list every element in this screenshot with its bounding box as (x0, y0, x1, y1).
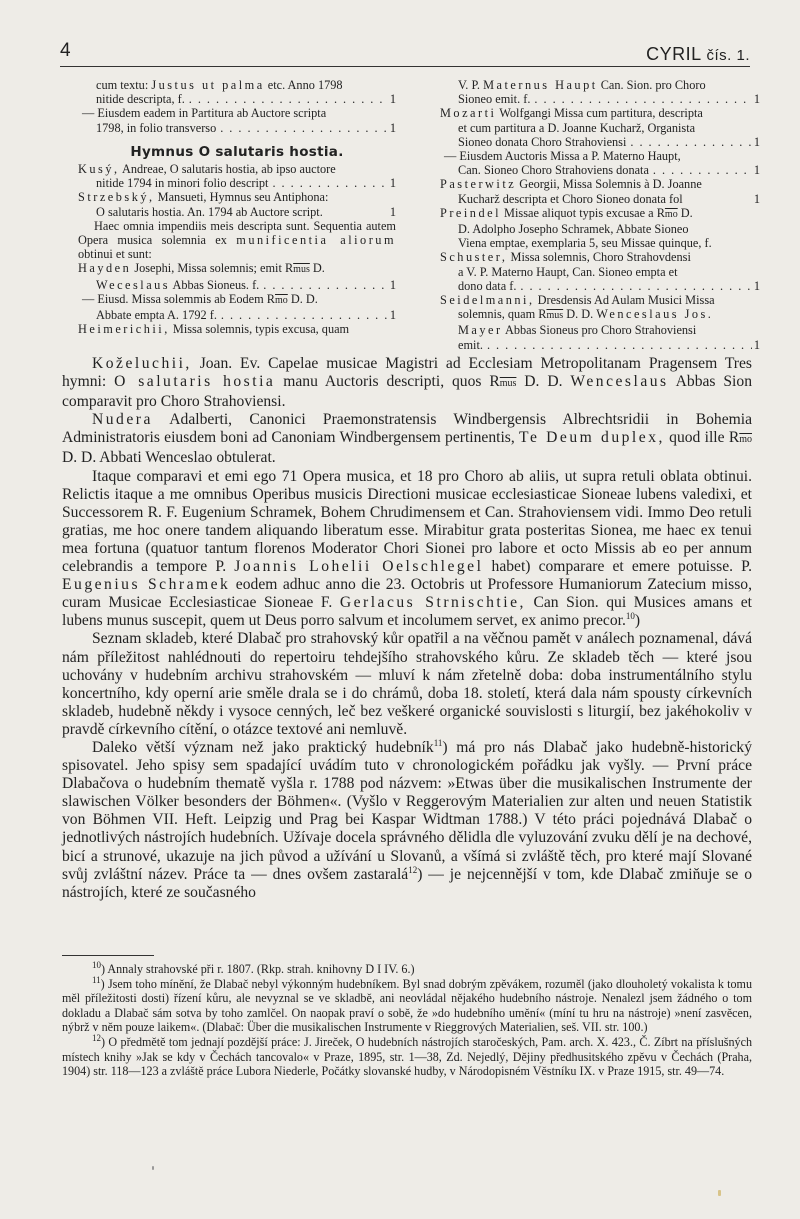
composer-name: Hayden (78, 261, 131, 275)
composer-name: Kusý, (78, 162, 120, 176)
composer-name: Preindel (440, 206, 501, 220)
paragraph: Itaque comparavi et emi ego 71 Opera mus… (62, 468, 752, 631)
footnote-ref[interactable]: 10 (626, 611, 635, 621)
catalog-entry: cum textu: Justus ut palma etc. Anno 179… (78, 78, 396, 106)
composer-name: Schuster, (440, 250, 507, 264)
composer-name: Heimerichii, (78, 322, 170, 336)
footnote-ref[interactable]: 12 (408, 864, 417, 874)
catalog-entry: — Eiusdem eadem in Partitura ab Auctore … (78, 106, 396, 134)
composer-name: Seidelmanni, (440, 293, 535, 307)
composer-name: Pasterwitz (440, 177, 516, 191)
composer-name: Mozarti (440, 106, 496, 120)
catalog-entry: — Eiusdem Auctoris Missa a P. Materno Ha… (440, 149, 760, 177)
composer-name: Strzebský, (78, 190, 155, 204)
issue-number: čís. 1. (706, 47, 750, 64)
running-head: CYRIL čís. 1. (646, 44, 750, 65)
catalog-entry: Kusý, Andreae, O salutaris hostia, ab ip… (78, 162, 396, 190)
right-column: V. P. Maternus Haupt Can. Sion. pro Chor… (440, 78, 760, 352)
footnote-divider (62, 955, 154, 956)
footnote: 10) Annaly strahovské při r. 1807. (Rkp.… (62, 962, 752, 977)
page-number: 4 (60, 40, 71, 62)
footnote: 12) O předmětě tom jednají pozdější prác… (62, 1035, 752, 1079)
page-header: 4 CYRIL čís. 1. (60, 38, 750, 67)
section-title: Hymnus O salutaris hostia. (78, 145, 396, 159)
paragraph: Koželuchii, Joan. Ev. Capelae musicae Ma… (62, 355, 752, 411)
catalog-entry: — Eiusd. Missa solemmis ab Eodem Rmo D. … (78, 292, 396, 322)
footnotes: 10) Annaly strahovské při r. 1807. (Rkp.… (62, 962, 752, 1079)
catalog-entry: Mozarti Wolfgangi Missa cum partitura, d… (440, 106, 760, 149)
catalog-entry: Hayden Josephi, Missa solemnis; emit Rmu… (78, 261, 396, 291)
catalog-entry: Heimerichii, Missa solemnis, typis excus… (78, 322, 396, 336)
paragraph: Daleko větší význam než jako praktický h… (62, 739, 752, 902)
journal-title: CYRIL (646, 44, 701, 64)
catalog-entry: Pasterwitz Georgii, Missa Solemnis à D. … (440, 177, 760, 205)
catalog-entry: Strzebský, Mansueti, Hymnus seu Antiphon… (78, 190, 396, 218)
catalog-entry: Schuster, Missa solemnis, Choro Strahovd… (440, 250, 760, 293)
left-column: cum textu: Justus ut palma etc. Anno 179… (78, 78, 396, 336)
catalog-entry: V. P. Maternus Haupt Can. Sion. pro Chor… (440, 78, 760, 106)
paper-speck (152, 1166, 154, 1170)
footnote: 11) Jsem toho mínění, že Dlabač nebyl vý… (62, 977, 752, 1035)
paper-speck (718, 1190, 721, 1196)
paragraph: Haec omnia impendiis meis descripta sunt… (78, 219, 396, 262)
catalog-entry: Seidelmanni, Dresdensis Ad Aulam Musici … (440, 293, 760, 352)
paragraph: Nudera Adalberti, Canonici Praemonstrate… (62, 411, 752, 467)
page: 4 CYRIL čís. 1. cum textu: Justus ut pal… (0, 0, 800, 1219)
paragraph: Seznam skladeb, které Dlabač pro strahov… (62, 630, 752, 739)
catalog-entry: Preindel Missae aliquot typis excusae a … (440, 206, 760, 251)
body-text: Koželuchii, Joan. Ev. Capelae musicae Ma… (62, 355, 752, 902)
